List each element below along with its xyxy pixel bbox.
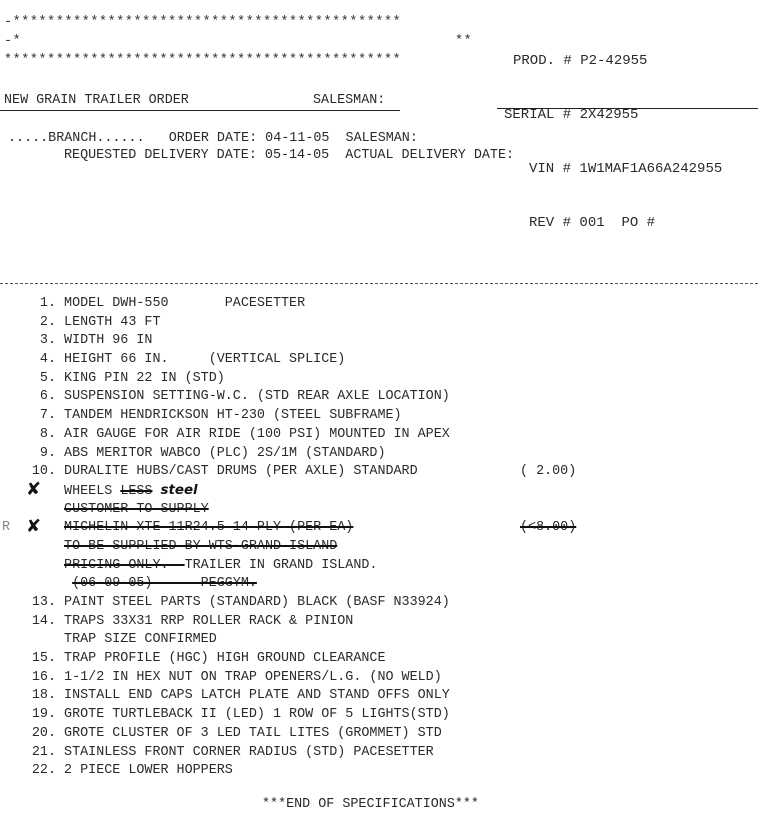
- spec-text: 2 PIECE LOWER HOPPERS: [64, 763, 233, 778]
- star-banner-mid-left: -*: [4, 33, 21, 50]
- spec-struck-text: PRICING ONLY.: [64, 558, 185, 573]
- spec-item: 15. TRAP PROFILE (HGC) HIGH GROUND CLEAR…: [22, 650, 450, 669]
- handwritten-x-mark-icon: ✘: [26, 518, 41, 537]
- spec-item-continuation: PRICING ONLY. TRAILER IN GRAND ISLAND.: [22, 557, 450, 576]
- spec-text: TRAILER IN GRAND ISLAND.: [185, 558, 378, 573]
- spec-number: 13.: [22, 594, 56, 613]
- spec-item: 5. KING PIN 22 IN (STD): [22, 370, 450, 389]
- spec-item: 9. ABS MERITOR WABCO (PLC) 2S/1M (STANDA…: [22, 445, 450, 464]
- spec-text: WIDTH 96 IN: [64, 333, 152, 348]
- spec-item: 19. GROTE TURTLEBACK II (LED) 1 ROW OF 5…: [22, 706, 450, 725]
- product-info-block: PROD. # P2-42955 SERIAL # 2X42955 VIN # …: [504, 16, 722, 250]
- serial-value: 2X42955: [580, 107, 639, 123]
- spec-number: 8.: [22, 426, 56, 445]
- spec-text: WHEELS: [64, 484, 112, 499]
- spec-item: 14. TRAPS 33X31 RRP ROLLER RACK & PINION: [22, 613, 450, 632]
- rev-label: REV #: [529, 215, 571, 231]
- spec-text: DURALITE HUBS/CAST DRUMS (PER AXLE) STAN…: [64, 464, 418, 479]
- spec-number: 18.: [22, 687, 56, 706]
- spec-text: TRAPS 33X31 RRP ROLLER RACK & PINION: [64, 614, 353, 629]
- spec-text: 1-1/2 IN HEX NUT ON TRAP OPENERS/L.G. (N…: [64, 670, 442, 685]
- spec-number: 21.: [22, 744, 56, 763]
- spec-struck-text: LESS: [120, 484, 152, 499]
- spec-price-struck: (<8.00): [520, 519, 576, 538]
- prod-label: PROD. #: [513, 53, 572, 69]
- spec-struck-text: (06-09-05) PEGGYM.: [72, 576, 257, 591]
- handwritten-x-mark-icon: ✘: [26, 481, 41, 500]
- spec-text: LENGTH 43 FT: [64, 315, 160, 330]
- spec-number: 22.: [22, 762, 56, 781]
- spec-number: 6.: [22, 388, 56, 407]
- order-info-line-1: .....BRANCH...... ORDER DATE: 04-11-05 S…: [8, 130, 418, 147]
- spec-item: 7. TANDEM HENDRICKSON HT-230 (STEEL SUBF…: [22, 407, 450, 426]
- header-underline-left: [0, 110, 400, 111]
- spec-item-continuation: TRAP SIZE CONFIRMED: [22, 631, 450, 650]
- spec-text: SUSPENSION SETTING-W.C. (STD REAR AXLE L…: [64, 389, 450, 404]
- spec-text: INSTALL END CAPS LATCH PLATE AND STAND O…: [64, 688, 450, 703]
- section-divider: [0, 283, 758, 284]
- spec-item: 6. SUSPENSION SETTING-W.C. (STD REAR AXL…: [22, 388, 450, 407]
- spec-item-continuation: (06-09-05) PEGGYM.: [22, 575, 450, 594]
- spec-item: 16. 1-1/2 IN HEX NUT ON TRAP OPENERS/L.G…: [22, 669, 450, 688]
- end-of-specifications: ***END OF SPECIFICATIONS***: [262, 796, 479, 813]
- spec-item: 20. GROTE CLUSTER OF 3 LED TAIL LITES (G…: [22, 725, 450, 744]
- header-salesman-label: SALESMAN:: [313, 92, 385, 109]
- spec-number: 3.: [22, 332, 56, 351]
- requested-delivery-label: REQUESTED DELIVERY DATE:: [64, 148, 257, 163]
- spec-text: MODEL DWH-550 PACESETTER: [64, 296, 305, 311]
- vin-value: 1W1MAF1A66A242955: [579, 161, 722, 177]
- handwritten-note: steel: [161, 483, 198, 498]
- spec-text: GROTE TURTLEBACK II (LED) 1 ROW OF 5 LIG…: [64, 707, 450, 722]
- actual-delivery-label: ACTUAL DELIVERY DATE:: [345, 148, 514, 163]
- requested-delivery-value: 05-14-05: [265, 148, 329, 163]
- order-info-line-2: REQUESTED DELIVERY DATE: 05-14-05 ACTUAL…: [64, 147, 514, 164]
- spec-text: STAINLESS FRONT CORNER RADIUS (STD) PACE…: [64, 745, 434, 760]
- spec-number: 14.: [22, 613, 56, 632]
- spec-struck-text: CUSTOMER TO SUPPLY: [64, 502, 209, 517]
- vin-line: VIN # 1W1MAF1A66A242955: [504, 160, 722, 178]
- margin-note: R: [2, 519, 10, 538]
- spec-number: 2.: [22, 314, 56, 333]
- prod-value: P2-42955: [580, 53, 647, 69]
- po-label: PO #: [621, 215, 655, 231]
- spec-text: TRAP PROFILE (HGC) HIGH GROUND CLEARANCE: [64, 651, 385, 666]
- order-date-label: ORDER DATE:: [169, 131, 257, 146]
- spec-item: 13. PAINT STEEL PARTS (STANDARD) BLACK (…: [22, 594, 450, 613]
- star-banner-mid-right: **: [455, 33, 472, 50]
- spec-item: 18. INSTALL END CAPS LATCH PLATE AND STA…: [22, 687, 450, 706]
- spec-number: 1.: [22, 295, 56, 314]
- order-title: NEW GRAIN TRAILER ORDER: [4, 92, 189, 109]
- spec-text: AIR GAUGE FOR AIR RIDE (100 PSI) MOUNTED…: [64, 427, 450, 442]
- spec-text: GROTE CLUSTER OF 3 LED TAIL LITES (GROMM…: [64, 726, 442, 741]
- spec-item: 10. DURALITE HUBS/CAST DRUMS (PER AXLE) …: [22, 463, 450, 482]
- spec-item-continuation: TO BE SUPPLIED BY WTS-GRAND ISLAND: [22, 538, 450, 557]
- star-banner-bottom: ****************************************…: [4, 52, 401, 69]
- spec-text: KING PIN 22 IN (STD): [64, 371, 225, 386]
- spec-number: 19.: [22, 706, 56, 725]
- spec-number: 4.: [22, 351, 56, 370]
- spec-item: 3. WIDTH 96 IN: [22, 332, 450, 351]
- spec-item: 2. LENGTH 43 FT: [22, 314, 450, 333]
- spec-text: TRAP SIZE CONFIRMED: [64, 632, 217, 647]
- spec-text: PAINT STEEL PARTS (STANDARD) BLACK (BASF…: [64, 595, 450, 610]
- spec-text: HEIGHT 66 IN. (VERTICAL SPLICE): [64, 352, 345, 367]
- specifications-list: 1. MODEL DWH-550 PACESETTER 2. LENGTH 43…: [22, 295, 450, 781]
- prod-number-line: PROD. # P2-42955: [504, 52, 722, 70]
- header-underline-right: [497, 108, 758, 109]
- spec-text: ABS MERITOR WABCO (PLC) 2S/1M (STANDARD): [64, 446, 385, 461]
- spec-struck-text: TO BE SUPPLIED BY WTS-GRAND ISLAND: [64, 539, 337, 554]
- vin-label: VIN #: [529, 161, 571, 177]
- spec-number: 20.: [22, 725, 56, 744]
- spec-number: 9.: [22, 445, 56, 464]
- spec-text: TANDEM HENDRICKSON HT-230 (STEEL SUBFRAM…: [64, 408, 402, 423]
- rev-value: 001: [579, 215, 604, 231]
- spec-number: 16.: [22, 669, 56, 688]
- spec-item-crossed: R✘X. MICHELIN XTE 11R24.5 14 PLY (PER EA…: [22, 519, 450, 538]
- spec-item-continuation: CUSTOMER TO SUPPLY: [22, 501, 450, 520]
- spec-number: 5.: [22, 370, 56, 389]
- spec-item: 8. AIR GAUGE FOR AIR RIDE (100 PSI) MOUN…: [22, 426, 450, 445]
- salesman-label: SALESMAN:: [346, 131, 418, 146]
- spec-number: 15.: [22, 650, 56, 669]
- rev-po-line: REV # 001 PO #: [504, 214, 722, 232]
- spec-item-crossed: ✘X. WHEELS LESS steel: [22, 482, 450, 501]
- star-banner-top: -***************************************…: [4, 14, 401, 31]
- spec-number: 7.: [22, 407, 56, 426]
- serial-label: SERIAL #: [504, 107, 571, 123]
- spec-item: 1. MODEL DWH-550 PACESETTER: [22, 295, 450, 314]
- spec-price: ( 2.00): [520, 463, 576, 482]
- order-date-value: 04-11-05: [265, 131, 329, 146]
- branch-label: .....BRANCH......: [8, 131, 145, 146]
- spec-item: 21. STAINLESS FRONT CORNER RADIUS (STD) …: [22, 744, 450, 763]
- spec-item: 22. 2 PIECE LOWER HOPPERS: [22, 762, 450, 781]
- spec-item: 4. HEIGHT 66 IN. (VERTICAL SPLICE): [22, 351, 450, 370]
- spec-struck-text: MICHELIN XTE 11R24.5 14 PLY (PER EA): [64, 520, 353, 535]
